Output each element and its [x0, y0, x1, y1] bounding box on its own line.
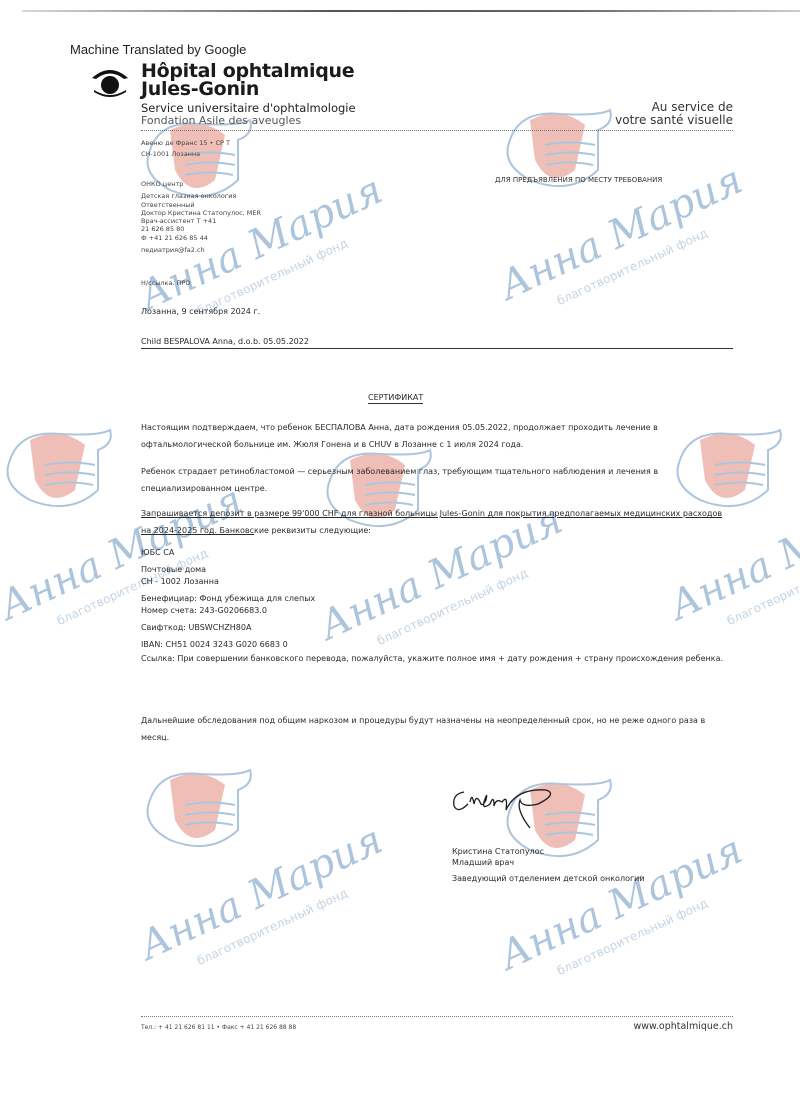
reference: Н/ссылка. ПРО — [141, 278, 190, 289]
watermark-subtitle: благотворительный фонд — [555, 896, 710, 978]
hospital-name-line2: Jules-Gonin — [141, 80, 354, 98]
watermark-subtitle: благотворительный фонд — [375, 566, 530, 648]
tagline-line2: votre santé visuelle — [615, 114, 733, 127]
hospital-foundation: Fondation Asile des aveugles — [141, 114, 301, 127]
hospital-address: Авеню де Франс 15 • СР Т СН-1001 Лозанна — [141, 138, 230, 160]
sender-line: 21 626 85 80 — [141, 225, 261, 233]
watermark-subtitle: благотворительный фонд — [555, 226, 710, 308]
hospital-name: Hôpital ophtalmique Jules-Gonin — [141, 62, 354, 98]
sender-line: ОНКО центр — [141, 180, 261, 188]
iban: IBAN: CH51 0024 3243 G020 6683 0 — [141, 639, 315, 651]
watermark-name: Анна Мария — [133, 817, 390, 970]
address-line2: СН-1001 Лозанна — [141, 149, 230, 160]
sender-line: Ф +41 21 626 85 44 — [141, 234, 261, 242]
account-number: Номер счета: 243-G0206683.0 — [141, 605, 315, 617]
sender-line: Врач-ассистент Т +41 — [141, 217, 261, 225]
footer-phone-fax: Тел.: + 41 21 626 81 11 • Факс + 41 21 6… — [141, 1024, 296, 1031]
paragraph-further-exams: Дальнейшие обследования под общим наркоз… — [141, 712, 733, 746]
header-divider — [141, 130, 733, 131]
sender-line: Доктор Кристина Статопулос, МЕR — [141, 209, 261, 217]
bank-name: ЮБС СА — [141, 547, 315, 559]
place-date: Лозанна, 9 сентября 2024 г. — [141, 307, 260, 316]
watermark-subtitle: благотворительный фонд — [195, 886, 350, 968]
letter-subject: Child BESPALOVA Anna, d.o.b. 05.05.2022 — [141, 337, 733, 349]
hands-ribbon-icon — [0, 420, 130, 530]
recipient: ДЛЯ ПРЕДЪЯВЛЕНИЯ ПО МЕСТУ ТРЕБОВАНИЯ — [495, 176, 662, 184]
document-title: СЕРТИФИКАТ — [368, 393, 423, 404]
bank-details: ЮБС СА Почтовые дома CH - 1002 Лозанна Б… — [141, 547, 315, 651]
scan-top-edge — [22, 10, 800, 12]
sender-line: Детская глазная онкология — [141, 192, 261, 200]
sender-contact-block: ОНКО центр Детская глазная онкология Отв… — [141, 180, 261, 254]
bank-address-line1: Почтовые дома — [141, 564, 315, 576]
footer-divider — [141, 1016, 733, 1017]
footer-website-link[interactable]: www.ophtalmique.ch — [633, 1021, 733, 1032]
paragraph-deposit: Запрашивается депозит в размере 99'000 C… — [141, 505, 733, 539]
machine-translation-label: Machine Translated by Google — [70, 42, 246, 57]
eye-icon — [90, 66, 130, 104]
bank-address-line2: CH - 1002 Лозанна — [141, 576, 315, 588]
paragraph-diagnosis: Ребенок страдает ретинобластомой — серье… — [141, 463, 733, 497]
paragraph-treatment: Настоящим подтверждаем, что ребенок БЕСП… — [141, 419, 733, 453]
watermark-name: Анна Мария — [663, 477, 800, 630]
beneficiary: Бенефициар: Фонд убежища для слепых — [141, 593, 315, 605]
hospital-subtitle: Service universitaire d'ophtalmologie — [141, 101, 356, 115]
hospital-tagline: Au service de votre santé visuelle — [615, 101, 733, 127]
signatory: Кристина Статопулос Младший врач Заведую… — [452, 846, 645, 884]
signatory-position: Младший врач — [452, 857, 645, 868]
sender-line: Ответственный — [141, 201, 261, 209]
swift-code: Свифткод: UBSWCHZH80A — [141, 622, 315, 634]
watermark: Анна Марияблаготворительный фонд — [120, 760, 380, 960]
signatory-name: Кристина Статопулос — [452, 846, 645, 857]
hands-ribbon-icon — [490, 100, 630, 210]
deposit-request-rest: кие реквизиты следующие: — [254, 526, 371, 535]
signatory-department: Заведующий отделением детской онкологии — [452, 873, 645, 884]
watermark-subtitle: благотворительный фонд — [725, 546, 800, 628]
hands-ribbon-icon — [130, 760, 270, 870]
signature-image — [450, 780, 570, 844]
sender-email: педиатрия@fa2.ch — [141, 246, 261, 254]
payment-reference-note: Ссылка: При совершении банковского перев… — [141, 653, 733, 665]
address-line1: Авеню де Франс 15 • СР Т — [141, 138, 230, 149]
deposit-request: Запрашивается депозит в размере 99'000 C… — [141, 509, 722, 535]
